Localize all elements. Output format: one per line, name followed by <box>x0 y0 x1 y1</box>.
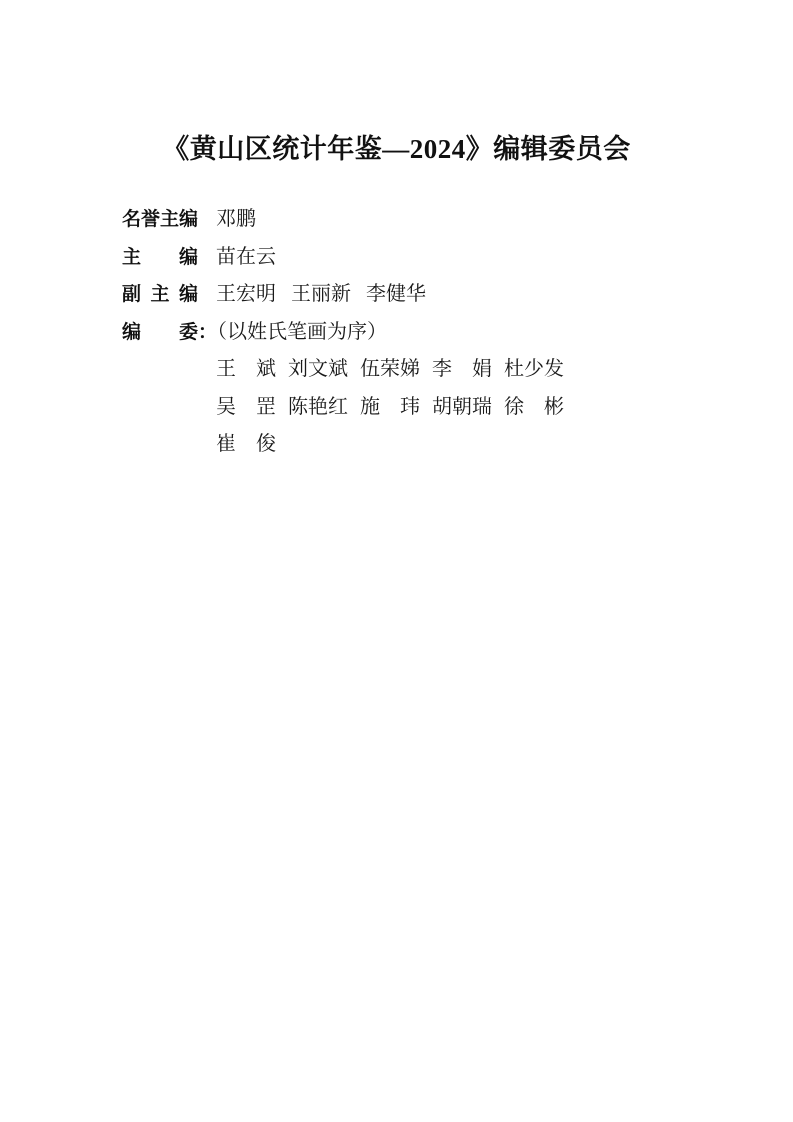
committee-names-row: 崔 俊 <box>122 426 576 464</box>
committee-member-name: 胡朝瑞 <box>432 389 492 427</box>
vice-editors-row: 副 主 编王宏明王丽新李健华 <box>122 276 576 314</box>
vice-editor-name: 王丽新 <box>291 276 351 314</box>
committee-member-name: 崔 俊 <box>216 426 276 464</box>
chief-editor-label: 主 编 <box>122 239 198 277</box>
committee-sort-note: （以姓氏笔画为序） <box>217 321 387 343</box>
page-title: 《黄山区统计年鉴—2024》编辑委员会 <box>0 127 793 166</box>
committee-member-name: 刘文斌 <box>288 351 348 389</box>
committee-label: 编 委 <box>122 314 198 352</box>
honorary-editor-name: 邓鹏 <box>216 201 256 239</box>
chief-editor-row: 主 编苗在云 <box>122 239 576 277</box>
committee-member-name: 伍荣娣 <box>360 351 420 389</box>
committee-names-row: 王 斌刘文斌伍荣娣李 娟杜少发 <box>122 351 576 389</box>
honorary-editor-label: 名誉主编 <box>122 201 198 239</box>
committee-member-name: 吴 罡 <box>216 389 276 427</box>
committee-member-name: 杜少发 <box>504 351 564 389</box>
vice-editor-name: 王宏明 <box>216 276 276 314</box>
committee-member-name: 施 玮 <box>360 389 420 427</box>
committee-member-name: 王 斌 <box>216 351 276 389</box>
editorial-board-list: 名誉主编邓鹏 主 编苗在云 副 主 编王宏明王丽新李健华 编 委：（以姓氏笔画为… <box>122 201 576 464</box>
committee-member-name: 李 娟 <box>432 351 492 389</box>
committee-member-name: 陈艳红 <box>288 389 348 427</box>
vice-editors-label: 副 主 编 <box>122 276 198 314</box>
committee-header-row: 编 委：（以姓氏笔画为序） <box>122 314 576 352</box>
committee-names-row: 吴 罡陈艳红施 玮胡朝瑞徐 彬 <box>122 389 576 427</box>
document-page: 《黄山区统计年鉴—2024》编辑委员会 名誉主编邓鹏 主 编苗在云 副 主 编王… <box>0 0 793 1122</box>
honorary-editor-row: 名誉主编邓鹏 <box>122 201 576 239</box>
committee-label-colon: ： <box>198 322 217 343</box>
vice-editor-name: 李健华 <box>366 276 426 314</box>
chief-editor-name: 苗在云 <box>216 239 276 277</box>
committee-member-name: 徐 彬 <box>504 389 564 427</box>
